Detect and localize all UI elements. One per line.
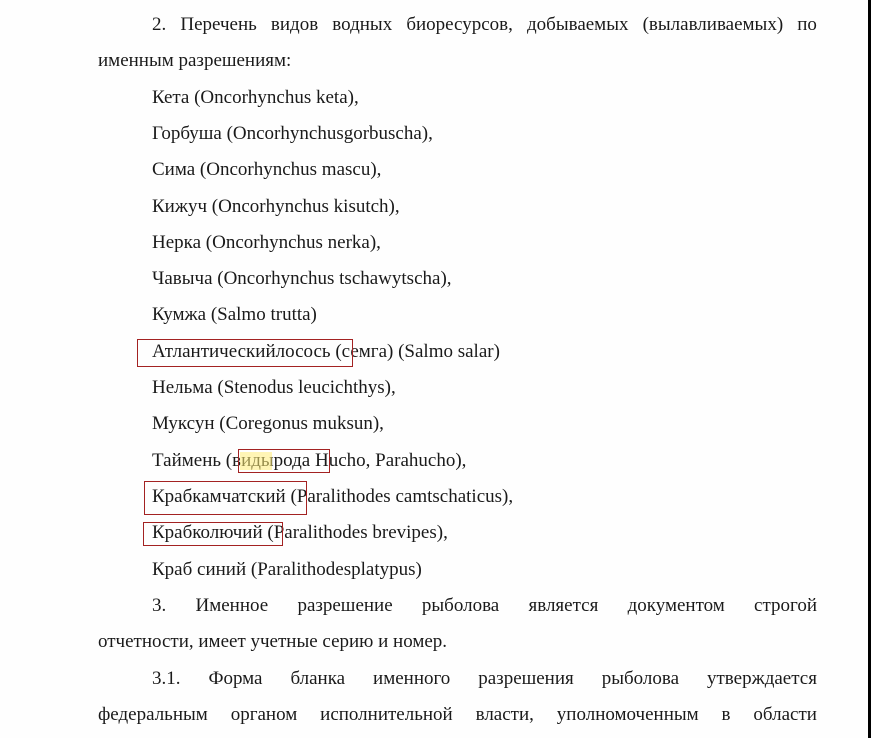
species-item: Чавыча (Oncorhynchus tschawytscha),	[152, 267, 452, 291]
word: бланка	[290, 667, 345, 691]
species-item: Кижуч (Oncorhynchus kisutch),	[152, 195, 400, 219]
word: водных	[332, 13, 392, 37]
word: 2.	[152, 13, 166, 37]
section-3-line-1: 3.Именноеразрешениерыболоваявляетсядокум…	[152, 594, 817, 618]
word: добываемых	[527, 13, 628, 37]
intro-line-2: именным разрешениям:	[98, 49, 291, 73]
word: утверждается	[707, 667, 817, 691]
species-item-highlighted: Таймень (видырода Hucho, Parahucho),	[152, 449, 466, 473]
species-item: Горбуша (Oncorhynchusgorbuscha),	[152, 122, 433, 146]
word: строгой	[754, 594, 817, 618]
section-3-line-2: отчетности, имеет учетные серию и номер.	[98, 630, 447, 654]
word: рыболова	[422, 594, 499, 618]
word: (вылавливаемых)	[643, 13, 784, 37]
species-item: Краб синий (Paralithodesplatypus)	[152, 558, 422, 582]
word: Перечень	[180, 13, 256, 37]
species-item-highlighted: Крабколючий (Paralithodes brevipes),	[152, 521, 448, 545]
word: области	[753, 703, 817, 727]
document-page: 2.Переченьвидовводныхбиоресурсов,добывае…	[0, 0, 871, 738]
species-item-highlighted: Крабкамчатский (Paralithodes camtschatic…	[152, 485, 513, 509]
species-item: Нерка (Oncorhynchus nerka),	[152, 231, 381, 255]
section-3-1-line-2: федеральныморганомисполнительнойвласти,у…	[98, 703, 817, 727]
word: в	[722, 703, 731, 727]
species-item: Кета (Oncorhynchus keta),	[152, 86, 359, 110]
word: органом	[231, 703, 298, 727]
species-item: Кумжа (Salmo trutta)	[152, 303, 317, 327]
species-item: Нельма (Stenodus leucichthys),	[152, 376, 396, 400]
word: федеральным	[98, 703, 208, 727]
word: видов	[271, 13, 318, 37]
word: именного	[373, 667, 450, 691]
word: разрешения	[478, 667, 574, 691]
section-3-1-line-1: 3.1.Формабланкаименногоразрешениярыболов…	[152, 667, 817, 691]
word: является	[528, 594, 598, 618]
word: Форма	[208, 667, 262, 691]
word: власти,	[476, 703, 534, 727]
word: биоресурсов,	[406, 13, 513, 37]
species-item: Сима (Oncorhynchus mascu),	[152, 158, 381, 182]
word: 3.1.	[152, 667, 181, 691]
word: разрешение	[297, 594, 392, 618]
word: уполномоченным	[557, 703, 699, 727]
page-edge	[868, 0, 871, 738]
word: 3.	[152, 594, 166, 618]
word: документом	[628, 594, 725, 618]
intro-line-1: 2.Переченьвидовводныхбиоресурсов,добывае…	[152, 13, 817, 37]
word: Именное	[196, 594, 269, 618]
word: по	[797, 13, 817, 37]
species-item-highlighted: Атлантическийлосось (семга) (Salmo salar…	[152, 340, 500, 364]
word: рыболова	[602, 667, 679, 691]
word: исполнительной	[320, 703, 453, 727]
species-item: Муксун (Coregonus muksun),	[152, 412, 384, 436]
